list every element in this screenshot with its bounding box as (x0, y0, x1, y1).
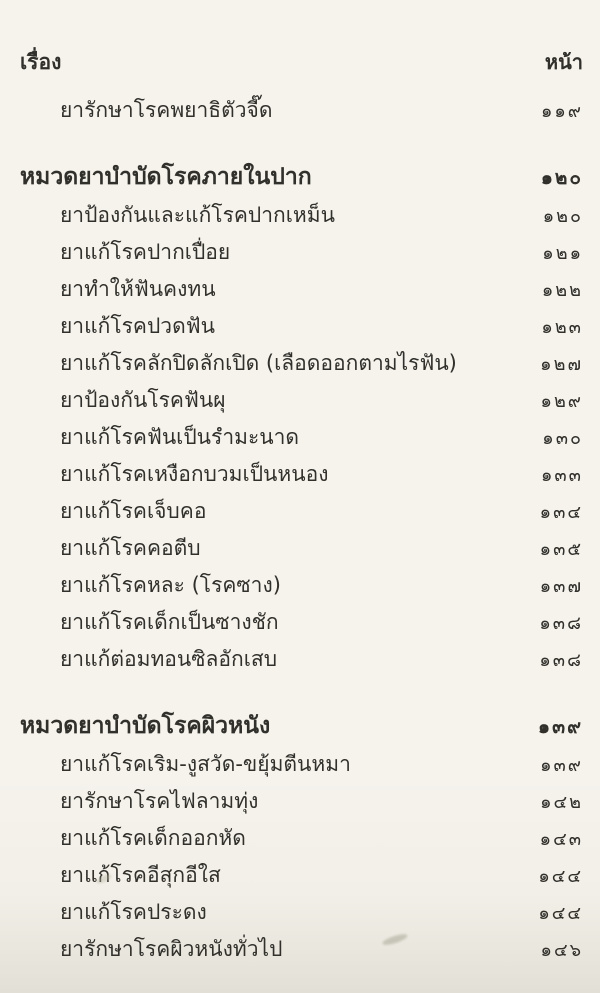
toc-row: ยารักษาโรคพยาธิตัวจี๊ด ๑๑๙ (20, 94, 583, 131)
subject-column-label: เรื่อง (20, 46, 61, 79)
entry-title: ยาแก้โรคอีสุกอีใส (60, 859, 221, 892)
entry-page-number: ๑๒๑ (542, 238, 583, 267)
page-column-label: หน้า (545, 46, 583, 78)
entry-title: ยาแก้โรคปวดฟัน (60, 310, 215, 343)
entry-title: หมวดยาบำบัดโรคภายในปาก (20, 159, 312, 195)
entry-title: ยารักษาโรคไฟลามทุ่ง (60, 785, 258, 818)
entry-title: ยาแก้โรคเหงือกบวมเป็นหนอง (60, 458, 328, 491)
entry-page-number: ๑๓๘ (539, 645, 583, 674)
toc-row: ยาแก้โรคเหงือกบวมเป็นหนอง ๑๓๓ (20, 458, 583, 495)
toc-row: ยารักษาโรคผิวหนังทั่วไป ๑๔๖ (20, 933, 583, 970)
entry-page-number: ๑๓๕ (540, 534, 583, 563)
entry-title: ยาแก้โรคฟันเป็นรำมะนาด (60, 421, 299, 454)
toc-row: ยารักษาโรคไฟลามทุ่ง ๑๔๒ (20, 785, 583, 822)
entry-page-number: ๑๑๙ (541, 96, 583, 125)
toc-row: ยาแก้ต่อมทอนซิลอักเสบ ๑๓๘ (20, 643, 583, 680)
toc-row: ยาแก้โรคประดง ๑๔๔ (20, 896, 583, 933)
toc-row: ยาแก้โรคเด็กออกหัด ๑๔๓ (20, 822, 583, 859)
entry-title: ยาแก้โรคประดง (60, 896, 207, 929)
entry-title: ยาแก้ต่อมทอนซิลอักเสบ (60, 643, 277, 676)
entry-title: ยาแก้โรคเด็กเป็นซางชัก (60, 606, 279, 639)
toc-row: ยาแก้โรคเด็กเป็นซางชัก ๑๓๘ (20, 606, 583, 643)
toc-column-header: เรื่อง หน้า (20, 46, 583, 80)
entry-title: ยาแก้โรคเริม-งูสวัด-ขยุ้มตีนหมา (60, 748, 351, 781)
toc-row: ยาแก้โรคเจ็บคอ ๑๓๔ (20, 495, 583, 532)
entry-title: ยาแก้โรคหละ (โรคซาง) (60, 569, 281, 602)
entry-title: ยารักษาโรคพยาธิตัวจี๊ด (60, 94, 272, 127)
entry-page-number: ๑๔๒ (540, 787, 583, 816)
entry-title: ยาป้องกันโรคฟันผุ (60, 384, 226, 417)
entry-title: ยาแก้โรคคอตีบ (60, 532, 201, 565)
entry-page-number: ๑๒๒ (542, 275, 583, 304)
entry-page-number: ๑๔๖ (541, 935, 583, 964)
toc-row: หมวดยาบำบัดโรคผิวหนัง ๑๓๙ (20, 708, 583, 748)
toc-row: ยาแก้โรคปวดฟัน ๑๒๓ (20, 310, 583, 347)
entry-page-number: ๑๒๐ (541, 163, 583, 193)
entry-page-number: ๑๓๓ (541, 460, 583, 489)
entry-page-number: ๑๒๐ (543, 201, 583, 230)
scanned-book-page: เรื่อง หน้า ยารักษาโรคพยาธิตัวจี๊ด ๑๑๙ ห… (0, 0, 600, 993)
entry-title: ยาแก้โรคลักปิดลักเปิด (เลือดออกตามไรฟัน) (60, 347, 457, 380)
entry-title: ยาป้องกันและแก้โรคปากเหม็น (60, 199, 335, 232)
toc-row: ยาทำให้ฟันคงทน ๑๒๒ (20, 273, 583, 310)
entry-title: ยาทำให้ฟันคงทน (60, 273, 216, 306)
entry-title: ยาแก้โรคปากเปื่อย (60, 236, 230, 269)
entry-page-number: ๑๓๔ (540, 497, 583, 526)
toc-row: ยาแก้โรคคอตีบ ๑๓๕ (20, 532, 583, 569)
entry-page-number: ๑๓๙ (540, 750, 583, 779)
entry-page-number: ๑๒๗ (540, 349, 583, 378)
toc-row: ยาแก้โรคปากเปื่อย ๑๒๑ (20, 236, 583, 273)
toc-row: หมวดยาบำบัดโรคภายในปาก ๑๒๐ (20, 159, 583, 199)
entry-title: ยารักษาโรคผิวหนังทั่วไป (60, 933, 282, 966)
entry-page-number: ๑๔๔ (538, 898, 583, 927)
entry-page-number: ๑๓๐ (542, 423, 583, 452)
toc-row: ยาแก้โรคลักปิดลักเปิด (เลือดออกตามไรฟัน)… (20, 347, 583, 384)
toc-row: ยาแก้โรคเริม-งูสวัด-ขยุ้มตีนหมา ๑๓๙ (20, 748, 583, 785)
entry-title: ยาแก้โรคเจ็บคอ (60, 495, 206, 528)
toc-row: ยาป้องกันโรคฟันผุ ๑๒๙ (20, 384, 583, 421)
toc-entry-list: ยารักษาโรคพยาธิตัวจี๊ด ๑๑๙ หมวดยาบำบัดโร… (20, 94, 583, 970)
entry-title: ยาแก้โรคเด็กออกหัด (60, 822, 246, 855)
entry-page-number: ๑๒๙ (541, 386, 583, 415)
entry-page-number: ๑๔๔ (538, 861, 583, 890)
entry-page-number: ๑๔๓ (540, 824, 583, 853)
table-of-contents: เรื่อง หน้า ยารักษาโรคพยาธิตัวจี๊ด ๑๑๙ ห… (0, 0, 600, 970)
entry-page-number: ๑๓๘ (539, 608, 583, 637)
toc-row: ยาแก้โรคหละ (โรคซาง) ๑๓๗ (20, 569, 583, 606)
entry-page-number: ๑๓๙ (538, 712, 583, 742)
toc-row: ยาแก้โรคฟันเป็นรำมะนาด ๑๓๐ (20, 421, 583, 458)
entry-title: หมวดยาบำบัดโรคผิวหนัง (20, 708, 270, 744)
entry-page-number: ๑๓๗ (540, 571, 583, 600)
entry-page-number: ๑๒๓ (541, 312, 583, 341)
toc-row: ยาป้องกันและแก้โรคปากเหม็น ๑๒๐ (20, 199, 583, 236)
